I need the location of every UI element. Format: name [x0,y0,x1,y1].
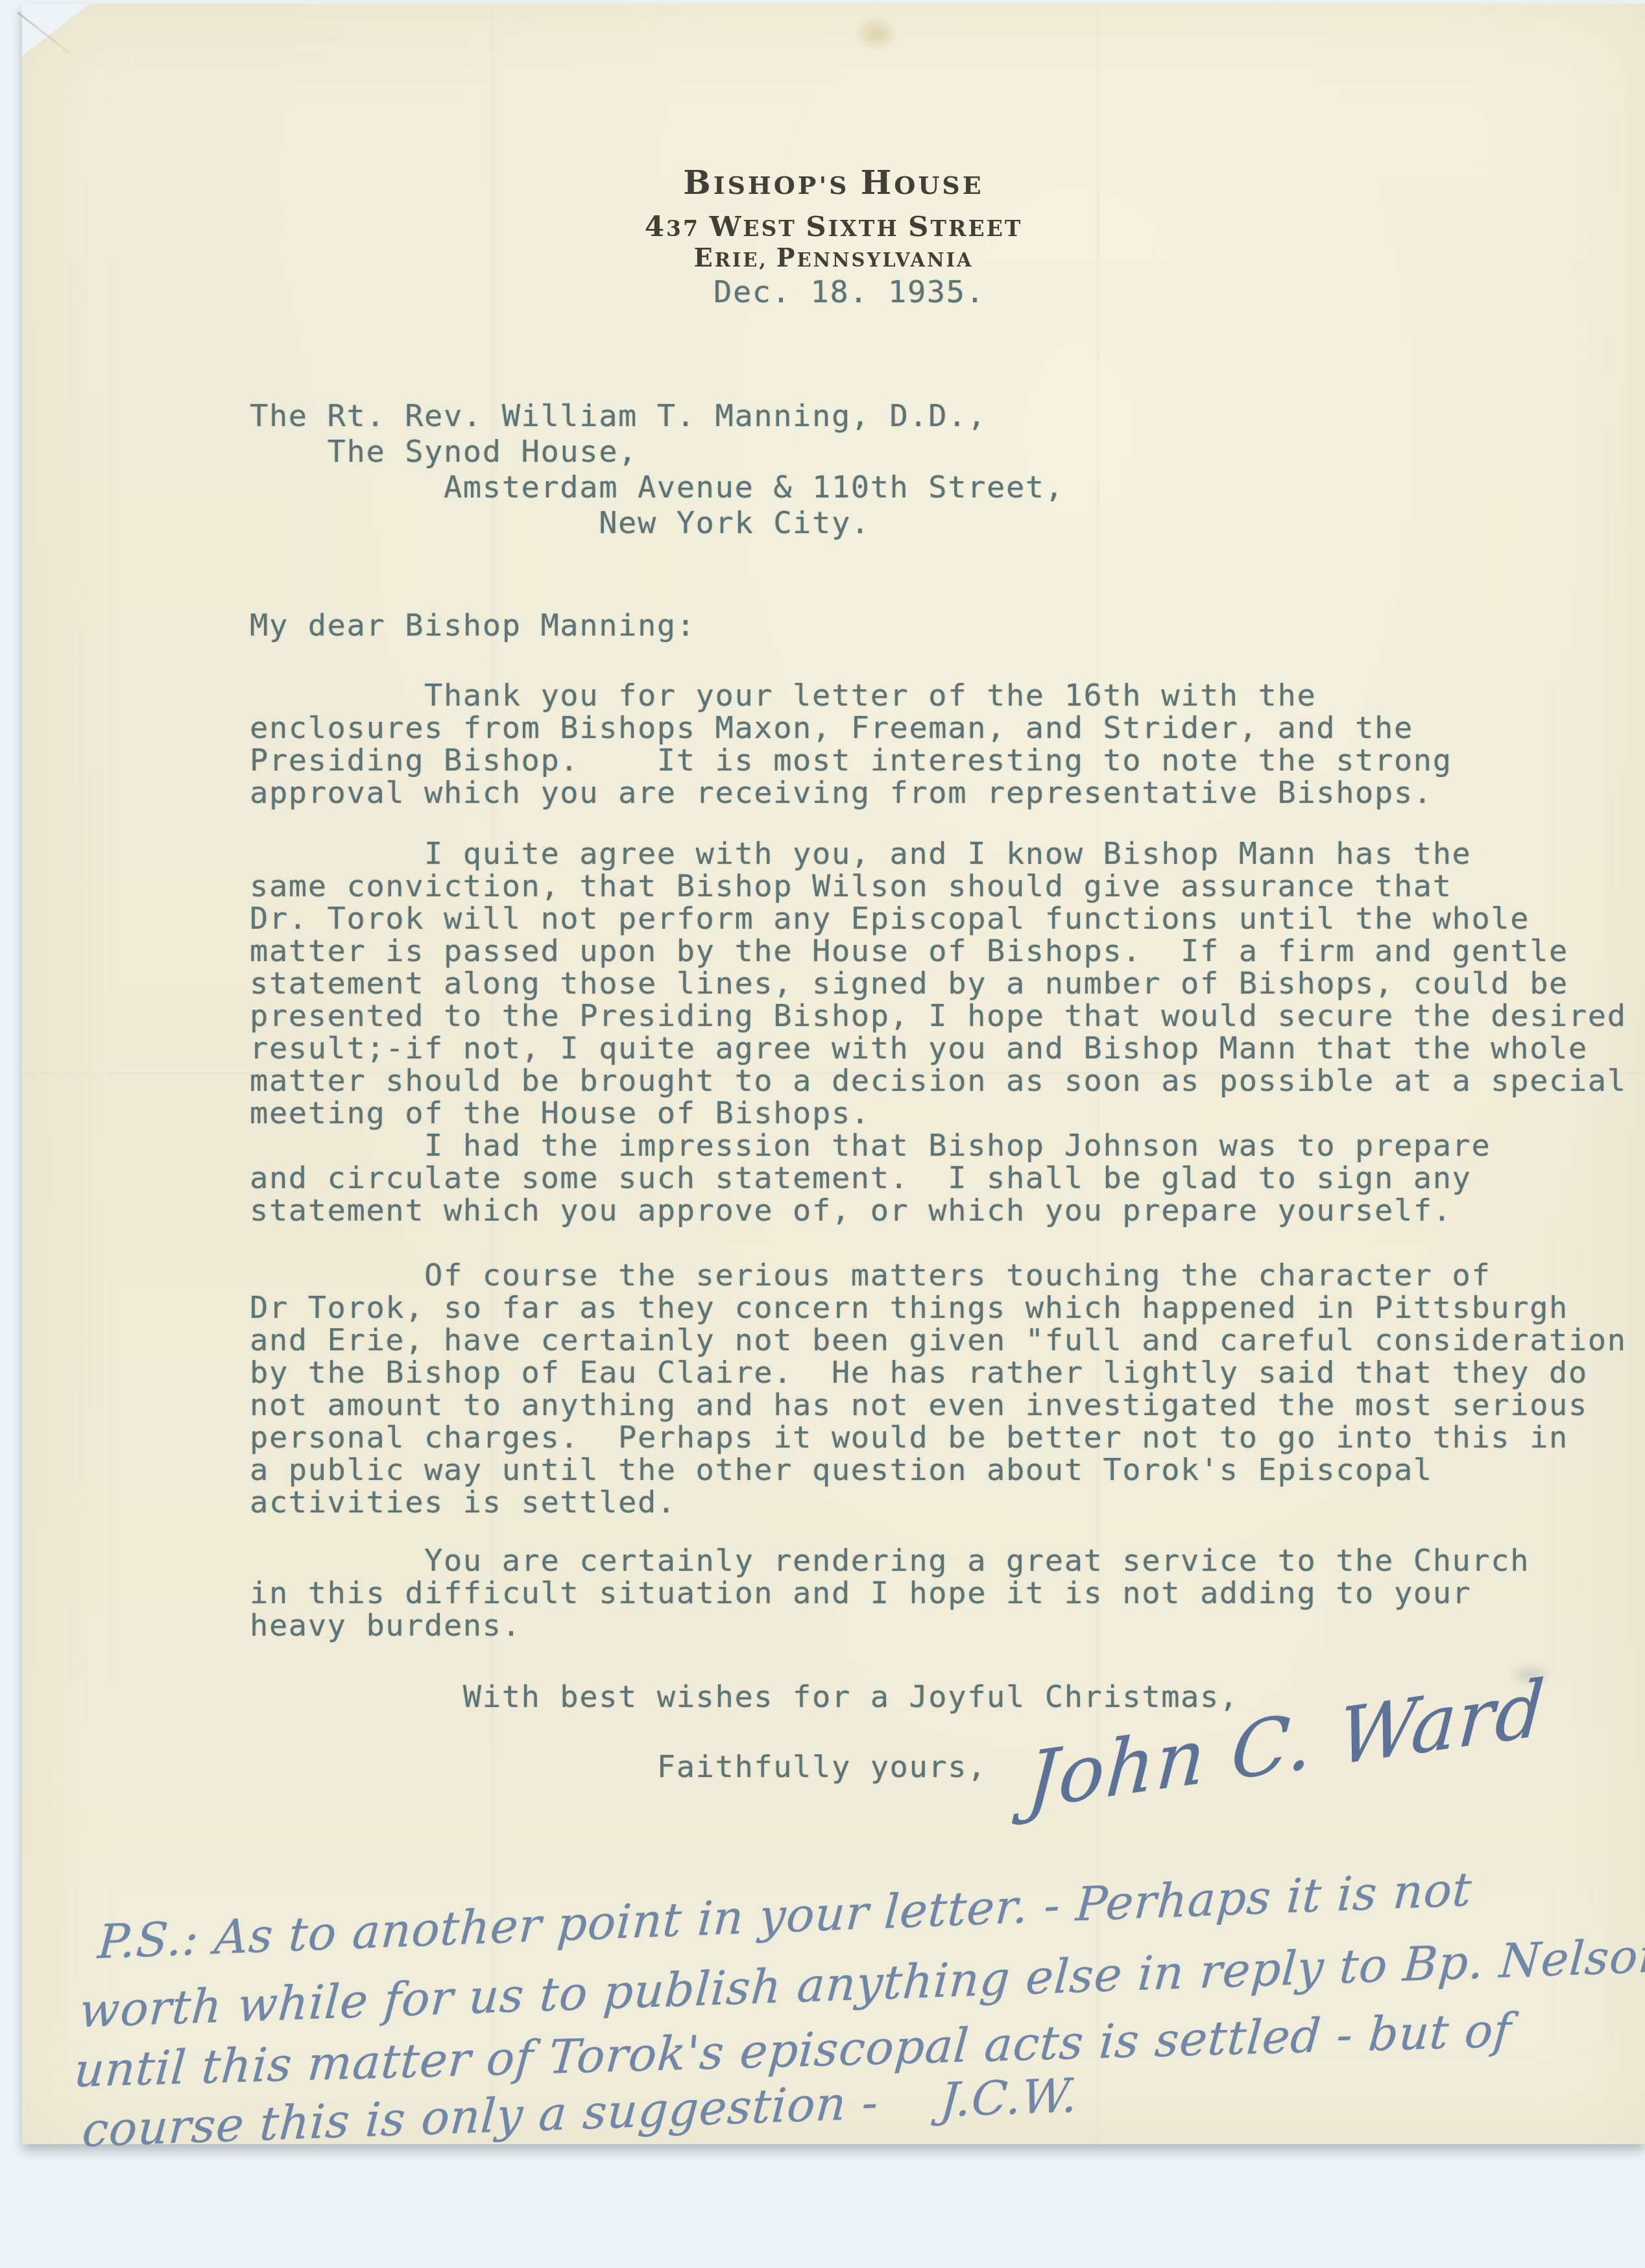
recipient-address: The Rt. Rev. William T. Manning, D.D., T… [250,398,1064,541]
body-paragraph-3: Of course the serious matters touching t… [250,1259,1627,1519]
scanned-letter-page: { "letterhead": { "line1": "BISHOP'S HOU… [0,0,1645,2268]
letterhead-street: 437 WEST SIXTH STREET [22,210,1645,243]
letterhead-city: ERIE, PENNSYLVANIA [22,244,1645,273]
letterhead-name: BISHOP'S HOUSE [22,163,1645,202]
paper-stain [854,16,899,52]
folded-corner [22,4,90,56]
closing-wishes: With best wishes for a Joyful Christmas, [250,1681,1239,1713]
body-paragraph-4: You are certainly rendering a great serv… [250,1545,1530,1642]
body-paragraph-1: Thank you for your letter of the 16th wi… [250,680,1452,809]
salutation: My dear Bishop Manning: [250,610,696,642]
letter-paper: BISHOP'S HOUSE 437 WEST SIXTH STREET ERI… [22,4,1645,2144]
body-paragraph-2: I quite agree with you, and I know Bisho… [250,838,1627,1227]
letter-date: Dec. 18. 1935. [714,276,985,309]
closing-valediction: Faithfully yours, [250,1751,987,1784]
